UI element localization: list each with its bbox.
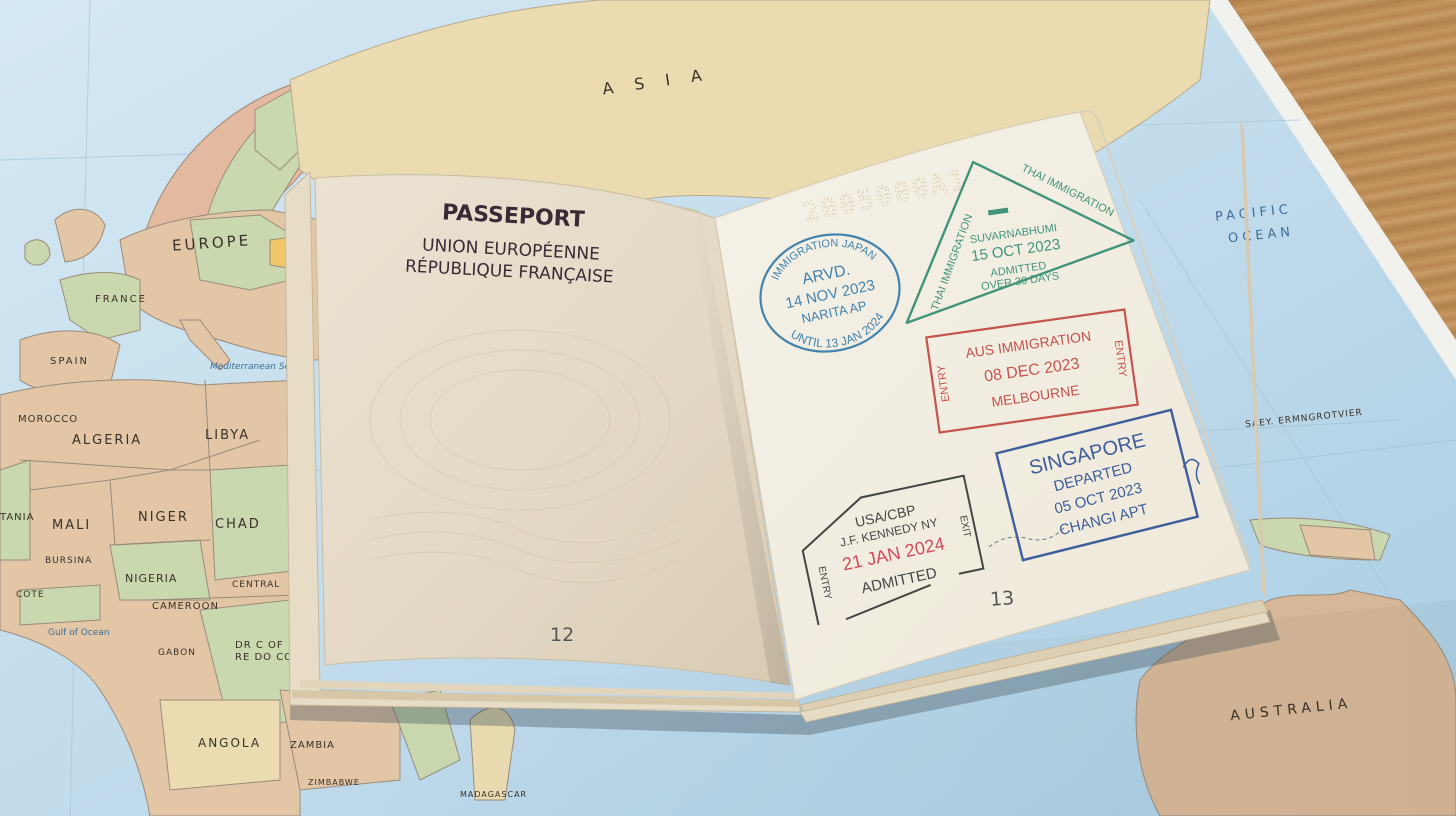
serial-perforation: 2005000A1 [800,165,970,229]
svg-text:MELBOURNE: MELBOURNE [990,382,1080,410]
photo-scene: A S I A EUROPE FRANCE SPAIN MOROCCO ALGE… [0,0,1456,816]
stamps-layer: 2005000A1IMMIGRATION JAPANUNTIL 13 JAN 2… [0,0,1456,816]
page-number-right: 13 [989,587,1015,611]
stamp-usa: ENTRYEXITUSA/CBPJ.F. KENNEDY NY21 JAN 20… [794,457,1075,625]
svg-text:THAI IMMIGRATION: THAI IMMIGRATION [929,213,975,313]
svg-text:08 DEC 2023: 08 DEC 2023 [983,355,1081,385]
svg-text:ENTRY: ENTRY [1112,339,1129,378]
stamp-singapore: SINGAPOREDEPARTED05 OCT 2023CHANGI APT [996,406,1211,560]
svg-text:EXIT: EXIT [957,515,972,539]
stamp-thailand: THAI IMMIGRATIONTHAI IMMIGRATIONSUVARNAB… [886,141,1141,322]
svg-text:ENTRY: ENTRY [816,565,834,601]
svg-text:ADMITTED: ADMITTED [860,565,939,598]
stamp-australia: ENTRYENTRYAUS IMMIGRATION08 DEC 2023MELB… [926,310,1137,433]
stamp-japan: IMMIGRATION JAPANUNTIL 13 JAN 2024ARVD.1… [749,222,910,365]
svg-text:ENTRY: ENTRY [935,364,952,403]
